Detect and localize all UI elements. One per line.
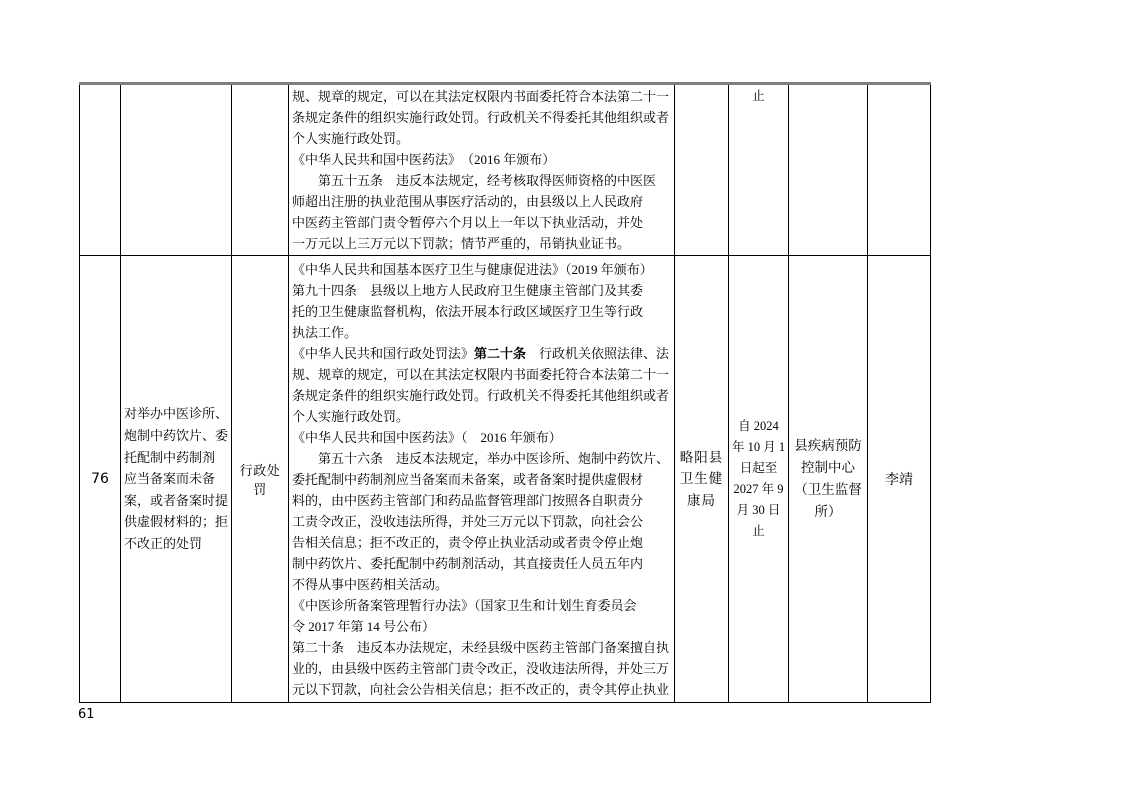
item-cell xyxy=(121,84,232,256)
text-line: （卫生监督 xyxy=(792,479,864,501)
text-line: 所） xyxy=(792,501,864,523)
text-line: 止 xyxy=(732,521,785,542)
text-line: 月 30 日 xyxy=(732,500,785,521)
text-line: 日起至 xyxy=(732,458,785,479)
text-line: 告相关信息；拒不改正的，责令停止执业活动或者责令停止炮 xyxy=(292,532,671,553)
text-line: 止 xyxy=(732,86,785,107)
text-line: 条规定条件的组织实施行政处罚。行政机关不得委托其他组织或者 xyxy=(292,385,671,406)
text-line: 工责令改正，没收违法所得，并处三万元以下罚款，向社会公 xyxy=(292,511,671,532)
text-line: 《中医诊所备案管理暂行办法》（国家卫生和计划生育委员会 xyxy=(292,595,671,616)
text-line: 自 2024 xyxy=(732,416,785,437)
text-line: 执法工作。 xyxy=(292,322,671,343)
text-line: 不得从事中医药相关活动。 xyxy=(292,574,671,595)
text-line: 个人实施行政处罚。 xyxy=(292,128,671,149)
agency-cell: 略阳县卫生健康局 xyxy=(675,256,729,703)
text-segment: 《中华人民共和国行政处罚法》 xyxy=(292,346,474,361)
period-cell: 自 2024年 10 月 1日起至2027 年 9月 30 日止 xyxy=(729,256,789,703)
text-line: 第五十五条 违反本法规定，经考核取得医师资格的中医医 xyxy=(292,170,671,191)
bold-text-segment: 第二十条 xyxy=(474,346,526,361)
penalty-type-cell xyxy=(232,84,289,256)
text-line: 《中华人民共和国基本医疗卫生与健康促进法》（2019 年颁布） xyxy=(292,259,671,280)
period-cell: 止 xyxy=(729,84,789,256)
text-line: 控制中心 xyxy=(792,457,864,479)
office-cell: 县疾病预防控制中心（卫生监督所） xyxy=(789,256,868,703)
text-line: 托的卫生健康监督机构，依法开展本行政区域医疗卫生等行政 xyxy=(292,301,671,322)
text-line: 规、规章的规定，可以在其法定权限内书面委托符合本法第二十一 xyxy=(292,86,671,107)
text-line: 案，或者备案时提 xyxy=(124,490,228,512)
text-line: 条规定条件的组织实施行政处罚。行政机关不得委托其他组织或者 xyxy=(292,107,671,128)
text-line: 《中华人民共和国中医药法》（ 2016 年颁布） xyxy=(292,427,671,448)
text-line: 康局 xyxy=(678,490,725,512)
table-row-continuation: 规、规章的规定，可以在其法定权限内书面委托符合本法第二十一条规定条件的组织实施行… xyxy=(80,84,931,256)
agency-cell xyxy=(675,84,729,256)
legal-basis-cell: 规、规章的规定，可以在其法定权限内书面委托符合本法第二十一条规定条件的组织实施行… xyxy=(289,84,675,256)
text-line: 制中药饮片、委托配制中药制剂活动，其直接责任人员五年内 xyxy=(292,553,671,574)
regulation-table: 规、规章的规定，可以在其法定权限内书面委托符合本法第二十一条规定条件的组织实施行… xyxy=(79,82,931,703)
text-line: 卫生健 xyxy=(678,468,725,490)
text-line: 托配制中药制剂 xyxy=(124,447,228,469)
text-line: 2027 年 9 xyxy=(732,479,785,500)
text-line: 炮制中药饮片、委 xyxy=(124,425,228,447)
person-cell xyxy=(868,84,931,256)
table-row: 76对举办中医诊所、炮制中药饮片、委托配制中药制剂应当备案而未备案，或者备案时提… xyxy=(80,256,931,703)
text-line: 供虚假材料的；拒 xyxy=(124,511,228,533)
text-line: 第九十四条 县级以上地方人民政府卫生健康主管部门及其委 xyxy=(292,280,671,301)
row-number-cell: 76 xyxy=(80,256,121,703)
text-segment: 行政机关依照法律、法 xyxy=(526,346,669,361)
person-cell: 李靖 xyxy=(868,256,931,703)
legal-basis-cell: 《中华人民共和国基本医疗卫生与健康促进法》（2019 年颁布）第九十四条 县级以… xyxy=(289,256,675,703)
text-line: 一万元以上三万元以下罚款；情节严重的，吊销执业证书。 xyxy=(292,233,671,254)
penalty-type-cell: 行政处罚 xyxy=(232,256,289,703)
text-line: 略阳县 xyxy=(678,447,725,469)
text-line: 《中华人民共和国行政处罚法》第二十条 行政机关依照法律、法 xyxy=(292,343,671,364)
text-line: 县疾病预防 xyxy=(792,435,864,457)
text-line: 师超出注册的执业范围从事医疗活动的，由县级以上人民政府 xyxy=(292,191,671,212)
text-line: 料的，由中医药主管部门和药品监督管理部门按照各自职责分 xyxy=(292,490,671,511)
text-line: 不改正的处罚 xyxy=(124,533,228,555)
item-cell: 对举办中医诊所、炮制中药饮片、委托配制中药制剂应当备案而未备案，或者备案时提供虚… xyxy=(121,256,232,703)
office-cell xyxy=(789,84,868,256)
text-line: 第二十条 违反本办法规定，未经县级中医药主管部门备案擅自执 xyxy=(292,637,671,658)
text-line: 委托配制中药制剂应当备案而未备案，或者备案时提供虚假材 xyxy=(292,469,671,490)
text-line: 第五十六条 违反本法规定，举办中医诊所、炮制中药饮片、 xyxy=(292,448,671,469)
text-line: 《中华人民共和国中医药法》 （2016 年颁布） xyxy=(292,149,671,170)
text-line: 应当备案而未备 xyxy=(124,468,228,490)
document-page: 规、规章的规定，可以在其法定权限内书面委托符合本法第二十一条规定条件的组织实施行… xyxy=(0,0,1122,793)
text-line: 中医药主管部门责令暂停六个月以上一年以下执业活动，并处 xyxy=(292,212,671,233)
text-line: 对举办中医诊所、 xyxy=(124,403,228,425)
text-line: 个人实施行政处罚。 xyxy=(292,406,671,427)
page-number: 61 xyxy=(78,707,95,722)
text-line: 规、规章的规定，可以在其法定权限内书面委托符合本法第二十一 xyxy=(292,364,671,385)
text-line: 元以下罚款，向社会公告相关信息；拒不改正的，责令其停止执业 xyxy=(292,679,671,700)
row-number-cell xyxy=(80,84,121,256)
text-line: 年 10 月 1 xyxy=(732,437,785,458)
text-line: 令 2017 年第 14 号公布） xyxy=(292,616,671,637)
text-line: 业的，由县级中医药主管部门责令改正，没收违法所得，并处三万 xyxy=(292,658,671,679)
